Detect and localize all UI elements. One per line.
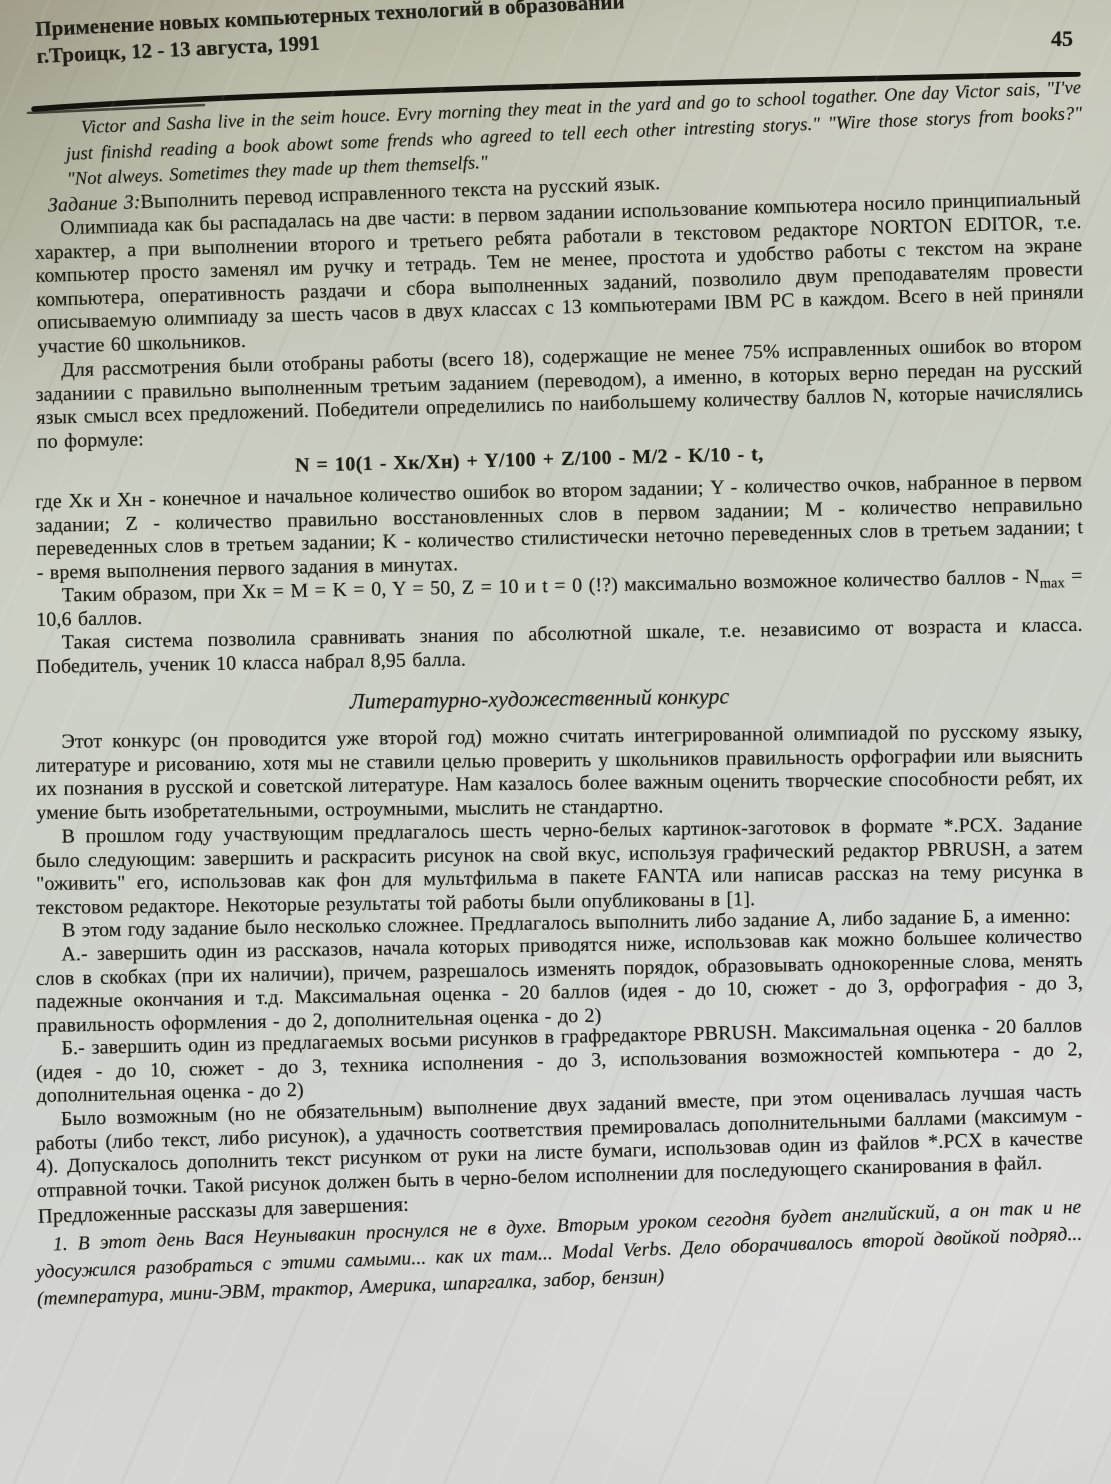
page-header: Применение новых компьютерных технологий… — [35, 0, 797, 70]
para-contest-intro: Этот конкурс (он проводится уже второй г… — [36, 720, 1084, 825]
task3-label: Задание 3: — [48, 191, 141, 216]
max-score-subscript: max — [1040, 575, 1065, 591]
scanned-proceedings-page: Применение новых компьютерных технологий… — [0, 0, 1111, 1484]
para-olympiad-overview: Олимпиада как бы распадалась на две част… — [34, 187, 1085, 360]
page-content: Применение новых компьютерных технологий… — [0, 0, 1111, 1484]
section-heading-literary-contest: Литературно-художественный конкурс — [36, 679, 1043, 719]
page-number: 45 — [1051, 26, 1073, 52]
para-last-year-task: В прошлом году участвующим предлагалось … — [35, 813, 1083, 920]
